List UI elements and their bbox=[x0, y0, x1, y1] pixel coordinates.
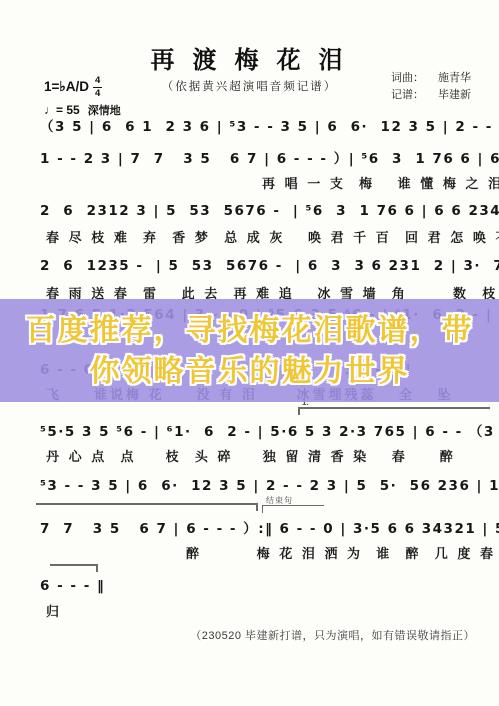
notes-row: 6 - - - ‖ bbox=[40, 578, 105, 594]
volta-bracket-1 bbox=[298, 407, 490, 415]
volta-bracket-1-continuation bbox=[36, 503, 258, 511]
lyrics-row: 丹 心 点 点 枝 头 碎 独 留 清 香 染 春 醉 bbox=[46, 446, 456, 465]
credit-composer-name: 施青华 bbox=[438, 70, 471, 87]
credits-block: 词曲： 施青华 记谱： 毕建新 bbox=[391, 70, 471, 104]
notes-row: （3 5 | 6 6 1 2 3 6 | ⁵3 - - 3 5 | 6 6· 1… bbox=[40, 115, 499, 135]
notes-row: 2 6 2312 3 | 5 53 5676 - | ⁵6 3 1 76 6 |… bbox=[40, 203, 499, 219]
lyrics-row: 醉 梅 花 泪 洒 为 谁 醉 几 度 春 秋 盼 春 bbox=[186, 543, 499, 562]
lyrics-row: 归 bbox=[46, 601, 62, 620]
notes-row: ⁵3 - - 3 5 | 6 6· 12 3 5 | 2 - - 2 3 | 5… bbox=[40, 478, 499, 494]
promo-banner-overlay[interactable]: 百度推荐，寻找梅花泪歌谱，带 你领略音乐的魅力世界 bbox=[0, 299, 499, 402]
sheet-music-page: 再 渡 梅 花 泪 （依据黄兴超演唱音频记谱） 词曲： 施青华 记谱： 毕建新 … bbox=[0, 0, 499, 706]
promo-banner-line2: 你领略音乐的魅力世界 bbox=[0, 351, 499, 392]
notes-row: 7 7 3 5 6 7 | 6 - - - ）:‖ 6 - - 0 | 3·5 … bbox=[40, 517, 499, 537]
time-signature-denominator: 4 bbox=[95, 88, 100, 99]
time-signature-numerator: 4 bbox=[93, 76, 102, 88]
ending-phrase-label: 结束句 bbox=[266, 495, 293, 506]
key-tempo-block: 1=♭A/D 4 4 ♩= 55 深情地 bbox=[44, 76, 121, 118]
notes-row: ⁵5·5 3 5 ⁵6 - | ⁶1· 6 2 - | 5·6 5 3 2·3 … bbox=[40, 420, 499, 440]
notes-row: 1 - - 2 3 | 7 7 3 5 6 7 | 6 - - - ）| ⁵6 … bbox=[40, 147, 499, 167]
promo-banner-line1: 百度推荐，寻找梅花泪歌谱，带 bbox=[0, 310, 499, 351]
key-signature: 1=♭A/D bbox=[44, 79, 89, 95]
credit-transcriber-label: 记谱： bbox=[391, 87, 424, 104]
final-measure-bracket bbox=[50, 564, 98, 572]
lyrics-row: 再 唱 一 支 梅 谁 懂 梅 之 泪 bbox=[262, 173, 499, 192]
time-signature: 4 4 bbox=[93, 76, 102, 98]
lyrics-row: 春 尽 枝 难 弃 香 梦 总 成 灰 唤 君 千 百 回 君 怎 唤 不 归 bbox=[46, 227, 499, 246]
notes-row: 2 6 1235 - | 5 53 5676 - | 6 3 3 6 231 2… bbox=[40, 258, 499, 274]
credit-transcriber-name: 毕建新 bbox=[438, 87, 471, 104]
credit-composer-label: 词曲： bbox=[391, 70, 424, 87]
credit-transcriber: 记谱： 毕建新 bbox=[391, 87, 471, 104]
ending-phrase-bracket bbox=[262, 505, 324, 513]
footer-transcription-note: （230520 毕建新打谱，只为演唱，如有错误敬请指正） bbox=[190, 627, 475, 643]
credit-composer: 词曲： 施青华 bbox=[391, 70, 471, 87]
